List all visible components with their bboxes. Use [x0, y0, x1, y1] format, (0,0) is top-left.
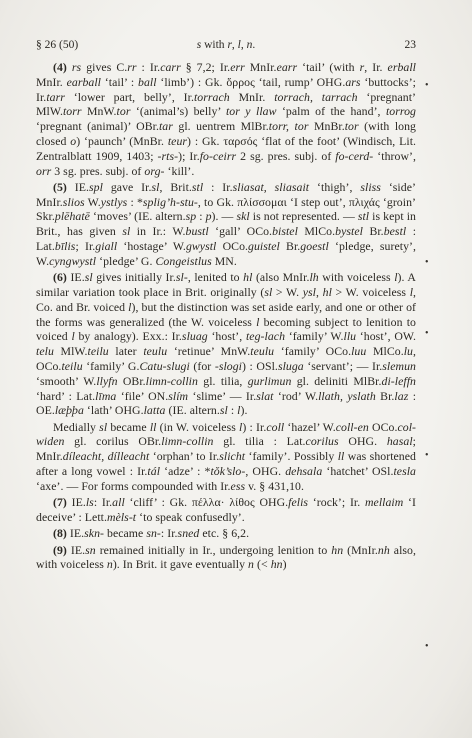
- text-segment: ‘family’ W.: [285, 329, 343, 343]
- text-segment: , lenited to: [188, 270, 243, 284]
- text-segment: ,: [316, 285, 323, 299]
- text-segment: ‘pledge’ G.: [96, 254, 155, 268]
- text-segment: teur: [168, 134, 187, 148]
- text-segment: , Ir.: [364, 60, 387, 74]
- text-segment: spl: [89, 180, 103, 194]
- text-segment: -slogi: [215, 359, 242, 373]
- text-segment: 3 sg. pres. subj. of: [51, 164, 144, 178]
- text-segment: .: [252, 39, 255, 51]
- chapter-title: s with r, l, n.: [36, 39, 416, 52]
- text-segment: luu: [351, 344, 366, 358]
- text-segment: > W. voiceless: [332, 285, 410, 299]
- text-segment: ystlys: [101, 195, 128, 209]
- margin-bullet-icon: •: [425, 450, 429, 461]
- text-segment: skl: [236, 209, 249, 223]
- text-segment: ‘pregnant (animal)’ OBr.: [36, 119, 159, 133]
- text-segment: ess: [231, 479, 246, 493]
- text-segment: with voiceless: [319, 270, 394, 284]
- text-segment: sl: [220, 403, 228, 417]
- text-segment: (4): [53, 60, 72, 74]
- text-segment: latta: [144, 403, 166, 417]
- text-segment: ‘adze’ : *: [160, 464, 210, 478]
- text-segment: fo-ceirr: [200, 149, 236, 163]
- text-segment: llyfn: [96, 374, 117, 388]
- text-segment: rs: [72, 60, 81, 74]
- text-segment: ‘cliff’ : Gk.: [125, 495, 192, 509]
- text-segment: hl: [323, 285, 332, 299]
- text-segment: gwystl: [186, 239, 216, 253]
- text-segment: remained initially in Ir., undergoing le…: [96, 543, 332, 557]
- text-segment: ‘I step out’,: [287, 195, 349, 209]
- text-segment: erball: [388, 60, 416, 74]
- text-segment: (6): [53, 270, 70, 284]
- text-segment: gl. tilia,: [198, 374, 248, 388]
- text-segment: telu: [36, 344, 54, 358]
- text-segment: ‘lath’ OHG.: [84, 403, 144, 417]
- text-segment: fo-cerd-: [335, 149, 373, 163]
- text-segment: orr: [36, 164, 51, 178]
- text-segment: cyngwystl: [49, 254, 96, 268]
- text-segment: tor y llaw: [226, 104, 277, 118]
- text-segment: 2 sg. pres. subj. of: [236, 149, 335, 163]
- margin-bullet-icon: •: [425, 257, 429, 268]
- text-segment: MlCo.: [298, 224, 335, 238]
- text-segment: ‘hatchet’ OSl.: [322, 464, 393, 478]
- text-segment: became: [107, 420, 150, 434]
- greek-text: πλίσσομαι: [237, 195, 287, 209]
- text-segment: sliasat, sliasait: [233, 180, 310, 194]
- text-segment: -rts-: [158, 149, 179, 163]
- text-segment: sp: [186, 209, 197, 223]
- text-segment: etc. § 6,2.: [199, 526, 249, 540]
- text-segment: gl. corilus OBr.: [64, 434, 161, 448]
- text-segment: : Ir.: [94, 495, 112, 509]
- text-segment: di-leffn: [382, 374, 416, 388]
- text-segment: ‘palm of the hand’,: [277, 104, 386, 118]
- margin-bullet-icon: •: [425, 328, 429, 339]
- text-segment: IE.: [71, 543, 85, 557]
- text-segment: : Ir.: [161, 526, 178, 540]
- text-segment: torrach, tarrach: [274, 90, 357, 104]
- text-segment: sned: [178, 526, 200, 540]
- text-segment: tor: [117, 104, 131, 118]
- text-segment: torr, tor: [269, 119, 309, 133]
- text-segment: :: [228, 403, 237, 417]
- text-segment: ); Ir.: [178, 149, 200, 163]
- text-segment: sluag: [182, 329, 208, 343]
- text-segment: llu: [344, 329, 357, 343]
- text-segment: ‘limb’) : Gk.: [157, 75, 227, 89]
- text-segment: ‘family’ G.: [83, 359, 140, 373]
- greek-text: πλιχάς: [349, 195, 380, 209]
- text-segment: W.: [85, 195, 101, 209]
- text-segment: (9): [53, 543, 71, 557]
- greek-text: ταρσός: [223, 134, 257, 148]
- text-segment: guistel: [248, 239, 280, 253]
- text-segment: : *: [127, 195, 143, 209]
- text-segment: earr: [277, 60, 298, 74]
- text-segment: OHG.: [255, 495, 288, 509]
- text-segment: teulu: [143, 344, 167, 358]
- text-segment: Catu-slugi: [140, 359, 190, 373]
- text-segment: giall: [95, 239, 117, 253]
- text-segment: tesla: [393, 464, 416, 478]
- para-7: (7) IE.ls: Ir.all ‘cliff’ : Gk. πέλλα· λ…: [36, 495, 416, 525]
- text-segment: slat: [256, 389, 273, 403]
- book-page: § 26 (50) s with r, l, n. 23 (4) rs give…: [0, 0, 472, 738]
- text-segment: with: [201, 39, 227, 51]
- text-segment: mellaim: [365, 495, 403, 509]
- text-segment: rr: [127, 60, 136, 74]
- text-segment: ‘hazel’ W.: [284, 420, 335, 434]
- text-segment: gave Ir.: [103, 180, 152, 194]
- text-segment: sliss: [360, 180, 381, 194]
- text-segment: tál: [147, 464, 160, 478]
- text-segment: OCo.: [369, 420, 398, 434]
- text-segment: ‘retinue’ MnW.: [167, 344, 250, 358]
- para-5: (5) IE.spl gave Ir.sl, Brit.stl : Ir.sli…: [36, 180, 416, 269]
- text-segment: MnW.: [82, 104, 117, 118]
- body-text: (4) rs gives C.rr : Ir.carr § 7,2; Ir.er…: [36, 60, 416, 574]
- text-segment: IE.: [70, 526, 84, 540]
- text-segment: torrog: [386, 104, 416, 118]
- text-segment: gives C.: [81, 60, 127, 74]
- text-segment: slicht: [219, 449, 245, 463]
- text-segment: is not represented. —: [250, 209, 358, 223]
- text-segment: bīlis: [55, 239, 76, 253]
- text-segment: : Ir.: [203, 180, 232, 194]
- text-segment: gurlimun: [248, 374, 292, 388]
- text-segment: , OHG.: [245, 464, 285, 478]
- text-segment: gl. uentrem MlBr.: [173, 119, 269, 133]
- greek-text: ὄρρος: [226, 75, 255, 89]
- text-segment: ysl: [303, 285, 316, 299]
- text-segment: dehsala: [285, 464, 322, 478]
- text-segment: OHG.: [339, 434, 387, 448]
- text-segment: , to Gk.: [198, 195, 237, 209]
- text-segment: by analogy). Exx.: Ir.: [75, 329, 182, 343]
- text-segment: teg-lach: [246, 329, 285, 343]
- text-segment: torrach: [194, 90, 230, 104]
- text-segment: ‘thigh’,: [309, 180, 360, 194]
- text-segment: MlCo.: [366, 344, 403, 358]
- text-segment: (IE. altern.: [166, 403, 220, 417]
- text-segment: IE.: [75, 180, 89, 194]
- text-segment: ‘axe’. — For forms compounded with Ir.: [36, 479, 231, 493]
- text-segment: bustl: [186, 224, 209, 238]
- text-segment: tarr: [46, 90, 65, 104]
- text-segment: MlW.: [54, 344, 88, 358]
- para-4: (4) rs gives C.rr : Ir.carr § 7,2; Ir.er…: [36, 60, 416, 178]
- text-segment: became: [104, 526, 146, 540]
- text-segment: teilu: [61, 359, 82, 373]
- text-segment: ): [283, 557, 287, 571]
- text-segment: limn-collin: [161, 434, 213, 448]
- text-segment: : Ir.: [137, 60, 161, 74]
- text-segment: ‘family’ OCo.: [274, 344, 351, 358]
- text-segment: sn-: [146, 526, 161, 540]
- text-segment: OCo.: [216, 239, 248, 253]
- text-segment: ‘file’ ON.: [116, 389, 168, 403]
- text-segment: MnIr.: [230, 90, 274, 104]
- text-segment: MnIr.: [245, 60, 277, 74]
- text-segment: MnIr.: [36, 75, 67, 89]
- text-segment: coll-en: [336, 420, 369, 434]
- text-segment: sl: [99, 420, 107, 434]
- text-segment: stl: [192, 180, 203, 194]
- text-segment: teulu: [250, 344, 274, 358]
- text-segment: (7): [53, 495, 72, 509]
- text-segment: llath, yslath: [318, 389, 376, 403]
- text-segment: ‘hard’ : Lat.: [36, 389, 95, 403]
- text-segment: IE.: [72, 495, 86, 509]
- text-segment: læþþa: [55, 403, 84, 417]
- text-segment: (8): [53, 526, 70, 540]
- para-6a: (6) IE.sl gives initially Ir.sl-, lenite…: [36, 270, 416, 418]
- text-segment: (for: [190, 359, 215, 373]
- text-segment: tar: [159, 119, 173, 133]
- text-segment: ) ‘paunch’ (MnBr.: [76, 134, 168, 148]
- text-segment: ‘host’,: [208, 329, 246, 343]
- text-segment: in Ir.: W.: [130, 224, 185, 238]
- text-segment: gl. tilia : Lat.: [214, 434, 306, 448]
- text-segment: org-: [144, 164, 164, 178]
- text-segment: ‘tail’ :: [101, 75, 138, 89]
- text-segment: (MnIr.: [343, 543, 378, 557]
- text-segment: nh: [378, 543, 390, 557]
- text-segment: ‘lower part, belly’, Ir.: [65, 90, 194, 104]
- text-segment: (5): [53, 180, 75, 194]
- text-segment: bystel: [335, 224, 363, 238]
- text-segment: felis: [288, 495, 308, 509]
- text-segment: (<: [254, 557, 271, 571]
- text-segment: ‘kill’.: [165, 164, 195, 178]
- text-segment: :: [196, 209, 205, 223]
- text-segment: ).: [241, 403, 248, 417]
- text-segment: ) : OSl.: [242, 359, 278, 373]
- greek-text: πέλλα· λίθος: [192, 495, 255, 509]
- text-segment: teilu: [88, 344, 109, 358]
- text-segment: corilus: [306, 434, 339, 448]
- text-segment: ‘tail’ (with: [297, 60, 359, 74]
- text-segment: > W.: [272, 285, 302, 299]
- text-segment: MnBr.: [308, 119, 344, 133]
- text-segment: līma: [95, 389, 116, 403]
- text-segment: lh: [309, 270, 318, 284]
- text-segment: Medially: [53, 420, 99, 434]
- text-segment: coll: [266, 420, 284, 434]
- text-segment: hn: [331, 543, 343, 557]
- text-segment: ball: [138, 75, 157, 89]
- text-segment: ‘(animal’s) belly’: [130, 104, 226, 118]
- text-segment: , Brit.: [159, 180, 191, 194]
- page-number: 23: [405, 39, 417, 52]
- text-segment: hasal: [387, 434, 413, 448]
- text-segment: gives initially Ir.: [93, 270, 176, 284]
- text-segment: mèls-t: [107, 510, 136, 524]
- text-segment: ; Ir.: [75, 239, 95, 253]
- text-segment: ) : Gk.: [187, 134, 223, 148]
- text-segment: slemun: [382, 359, 416, 373]
- text-segment: ). —: [212, 209, 237, 223]
- text-segment: MN.: [212, 254, 237, 268]
- text-segment: plēhatē: [55, 209, 90, 223]
- text-segment: ‘to speak confusedly’.: [136, 510, 245, 524]
- text-segment: goestl: [300, 239, 328, 253]
- text-segment: carr: [160, 60, 181, 74]
- text-segment: (also MnIr.: [252, 270, 309, 284]
- text-segment: ‘moves’ (IE. altern.: [90, 209, 186, 223]
- text-segment: ls: [86, 495, 94, 509]
- text-segment: tor: [345, 119, 359, 133]
- text-segment: later: [109, 344, 144, 358]
- text-segment: bestl: [384, 224, 407, 238]
- text-segment: torr: [63, 104, 82, 118]
- text-segment: Br.: [376, 389, 395, 403]
- text-segment: sluga: [278, 359, 304, 373]
- text-segment: Congeistlus: [156, 254, 212, 268]
- para-8: (8) IE.skn- became sn-: Ir.sned etc. § 6…: [36, 526, 416, 541]
- text-segment: slios: [63, 195, 85, 209]
- text-segment: Br.: [280, 239, 300, 253]
- text-segment: stl: [358, 209, 369, 223]
- text-segment: v. § 431,10.: [245, 479, 304, 493]
- text-segment: err: [230, 60, 245, 74]
- text-segment: ‘smooth’ W.: [36, 374, 96, 388]
- text-segment: all: [112, 495, 125, 509]
- text-segment: sl-: [176, 270, 188, 284]
- text-segment: OBr.: [118, 374, 146, 388]
- text-segment: ‘throw’,: [373, 149, 416, 163]
- text-segment: ‘host’, OW.: [356, 329, 416, 343]
- text-segment: ‘gall’ OCo.: [209, 224, 272, 238]
- text-segment: ‘slime’ — Ir.: [188, 389, 256, 403]
- text-segment: ) : Ir.: [242, 420, 266, 434]
- text-segment: § 7,2; Ir.: [181, 60, 230, 74]
- text-segment: ‘servant’; — Ir.: [304, 359, 383, 373]
- text-segment: ‘rod’ W.: [274, 389, 319, 403]
- text-segment: limn-collin: [146, 374, 198, 388]
- text-segment: ‘rock’; Ir.: [308, 495, 365, 509]
- margin-bullet-icon: •: [425, 80, 429, 91]
- text-segment: splig’h-stu-: [143, 195, 198, 209]
- text-segment: Br.: [363, 224, 384, 238]
- text-segment: gl. deliniti MlBr.: [291, 374, 381, 388]
- para-9: (9) IE.sn remained initially in Ir., und…: [36, 543, 416, 573]
- text-segment: skn-: [84, 526, 104, 540]
- text-segment: bistel: [272, 224, 298, 238]
- text-segment: ‘hostage’ W.: [117, 239, 186, 253]
- text-segment: ). In Brit. it gave eventually: [113, 557, 248, 571]
- text-segment: ars: [345, 75, 360, 89]
- margin-bullet-icon: •: [425, 641, 429, 652]
- para-6b: Medially sl became ll (in W. voiceless l…: [36, 420, 416, 494]
- text-segment: sn: [85, 543, 96, 557]
- text-segment: ‘family’. Possibly: [245, 449, 338, 463]
- text-segment: ‘tail, rump’ OHG.: [255, 75, 346, 89]
- text-segment: tŏk’slo-: [210, 464, 245, 478]
- text-segment: laz: [394, 389, 408, 403]
- text-segment: sl: [85, 270, 93, 284]
- text-segment: lu: [404, 344, 413, 358]
- text-segment: IE.: [70, 270, 84, 284]
- text-segment: díleacht, dílleacht: [63, 449, 150, 463]
- text-segment: slím: [168, 389, 188, 403]
- text-segment: earball: [67, 75, 101, 89]
- text-segment: ‘orphan’ to Ir.: [149, 449, 219, 463]
- text-segment: hn: [271, 557, 283, 571]
- text-segment: (in W. voiceless: [156, 420, 239, 434]
